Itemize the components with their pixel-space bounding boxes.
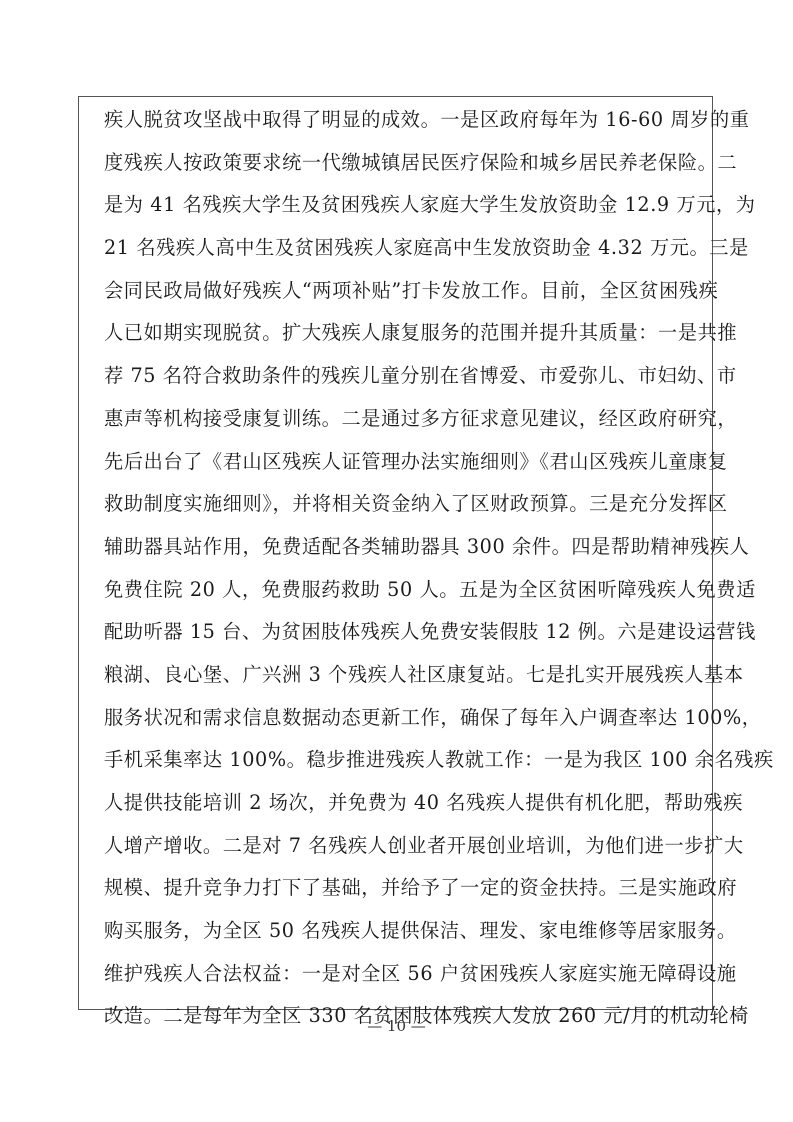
text-line: 人增产增收。二是对 7 名残疾人创业者开展创业培训，为他们进一步扩大 [104,829,684,872]
text-line: 会同民政局做好残疾人“两项补贴”打卡发放工作。目前，全区贫困残疾 [104,274,684,317]
text-line: 粮湖、良心堡、广兴洲 3 个残疾人社区康复站。七是扎实开展残疾人基本 [104,658,684,701]
text-line: 购买服务，为全区 50 名残疾人提供保洁、理发、家电维修等居家服务。 [104,914,684,957]
text-line: 辅助器具站作用，免费适配各类辅助器具 300 余件。四是帮助精神残疾人 [104,530,684,573]
text-line: 手机采集率达 100%。稳步推进残疾人教就工作：一是为我区 100 余名残疾 [104,743,684,786]
text-line: 是为 41 名残疾大学生及贫困残疾人家庭大学生发放资助金 12.9 万元，为 [104,188,684,231]
page-number: — 10 — [0,1017,793,1035]
text-line: 荐 75 名符合救助条件的残疾儿童分别在省博爱、市爱弥儿、市妇幼、市 [104,359,684,402]
text-line: 免费住院 20 人，免费服药救助 50 人。五是为全区贫困听障残疾人免费适 [104,573,684,616]
body-text: 疾人脱贫攻坚战中取得了明显的成效。一是区政府每年为 16-60 周岁的重 度残疾… [104,103,684,1042]
text-line: 维护残疾人合法权益：一是对全区 56 户贫困残疾人家庭实施无障碍设施 [104,957,684,1000]
text-line: 人已如期实现脱贫。扩大残疾人康复服务的范围并提升其质量：一是共推 [104,316,684,359]
text-line: 配助听器 15 台、为贫困肢体残疾人免费安装假肢 12 例。六是建设运营钱 [104,615,684,658]
text-line: 疾人脱贫攻坚战中取得了明显的成效。一是区政府每年为 16-60 周岁的重 [104,103,684,146]
text-line: 服务状况和需求信息数据动态更新工作，确保了每年入户调查率达 100%， [104,701,684,744]
text-line: 度残疾人按政策要求统一代缴城镇居民医疗保险和城乡居民养老保险。二 [104,146,684,189]
text-line: 救助制度实施细则》，并将相关资金纳入了区财政预算。三是充分发挥区 [104,487,684,530]
text-line: 人提供技能培训 2 场次，并免费为 40 名残疾人提供有机化肥，帮助残疾 [104,786,684,829]
text-line: 规模、提升竞争力打下了基础，并给予了一定的资金扶持。三是实施政府 [104,871,684,914]
text-line: 先后出台了《君山区残疾人证管理办法实施细则》《君山区残疾儿童康复 [104,445,684,488]
text-line: 21 名残疾人高中生及贫困残疾人家庭高中生发放资助金 4.32 万元。三是 [104,231,684,274]
text-line: 惠声等机构接受康复训练。二是通过多方征求意见建议，经区政府研究， [104,402,684,445]
